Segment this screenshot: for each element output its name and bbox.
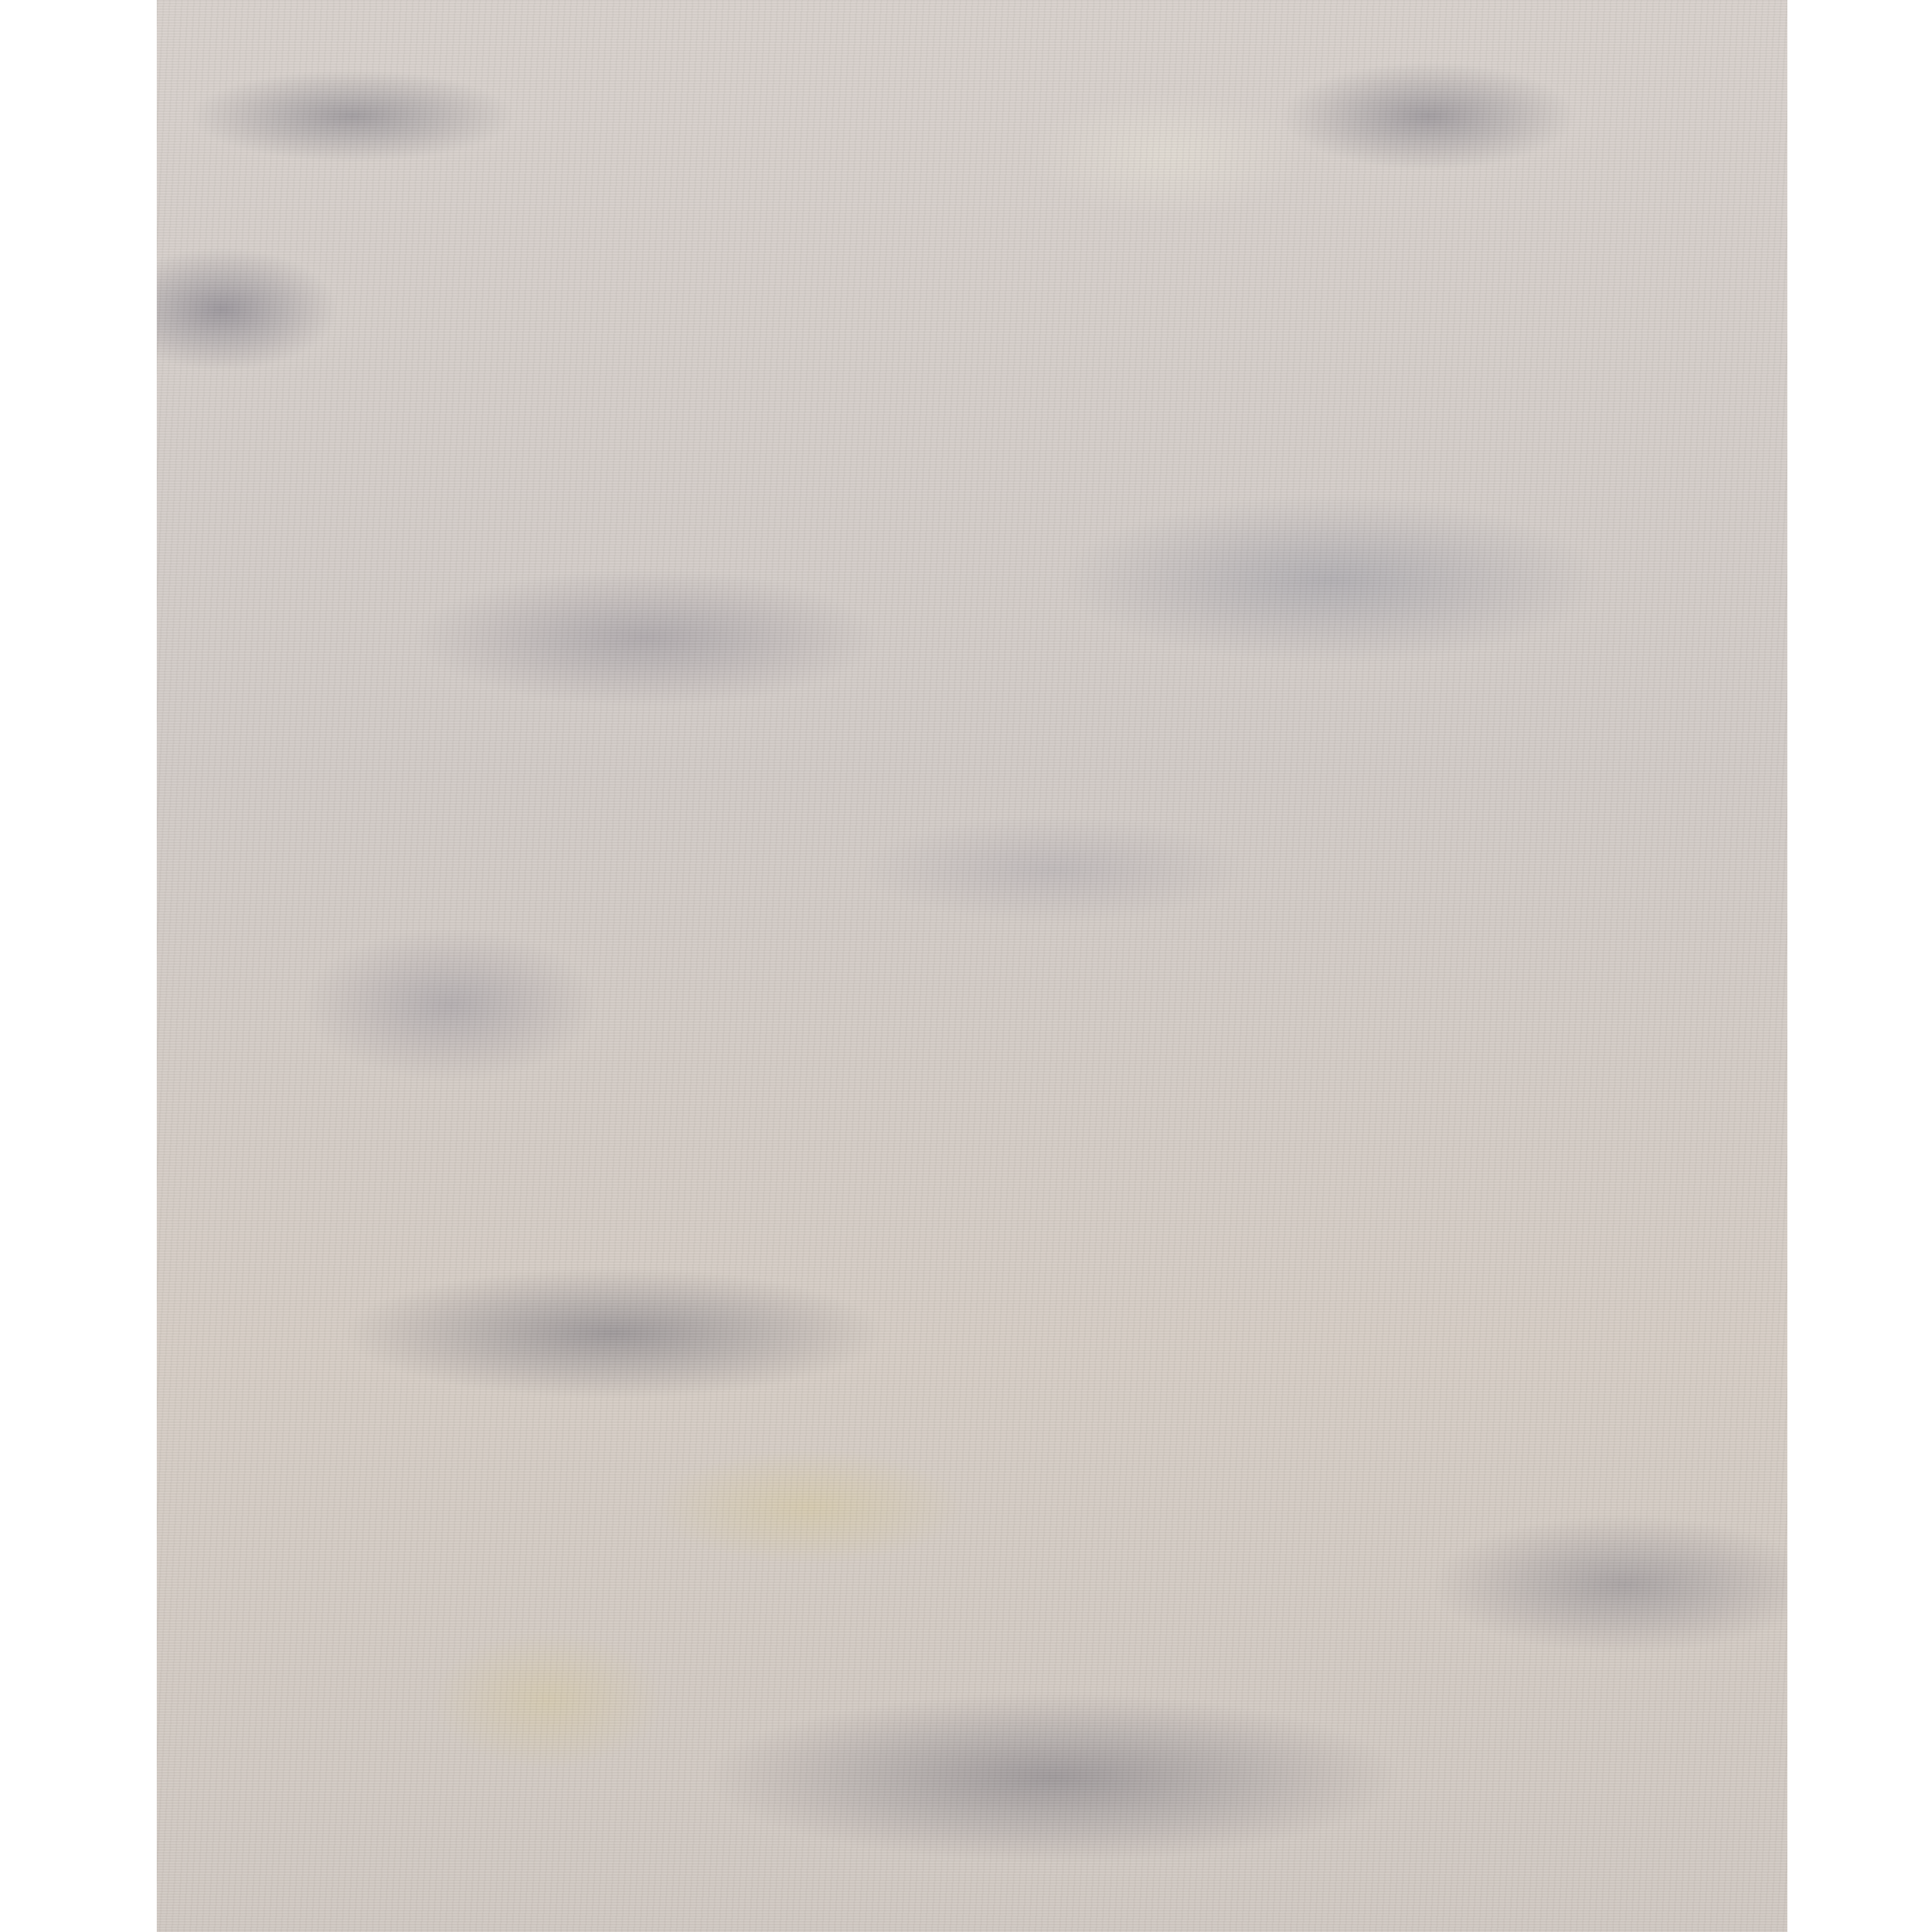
rug-product-image (157, 0, 1787, 1932)
